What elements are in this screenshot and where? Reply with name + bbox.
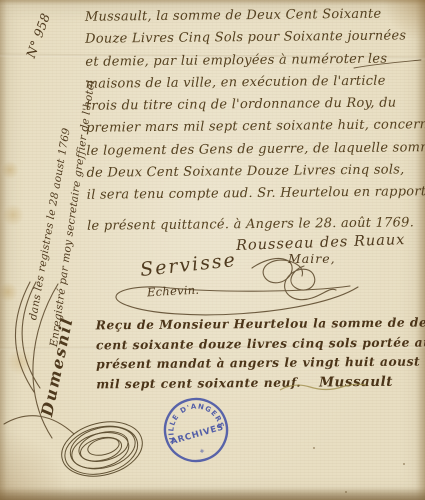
archive-number: N° 958	[21, 5, 56, 67]
manuscript-page: N° 958 Enregistré par moy secretaire gre…	[0, 0, 425, 500]
receipt-note: Reçu de Monsieur Heurtelou la somme de d…	[96, 313, 419, 395]
receipt-line-text: mil sept cent soixante neuf.	[96, 374, 301, 391]
paper-speck	[345, 491, 347, 493]
archives-stamp-icon: VILLE D'ANGERS ARCHIVES ✳	[161, 395, 231, 465]
receipt-line: mil sept cent soixante neuf.Mussault	[96, 371, 418, 394]
stamp-bottom-mark: ✳	[199, 448, 206, 456]
echevin-signature: Servisse	[139, 249, 238, 281]
mayor-title: Maire,	[288, 251, 336, 266]
mayor-paraph	[285, 266, 336, 300]
pen-scribble	[56, 414, 148, 484]
manuscript-line: Douze Livres Cinq Sols pour Soixante jou…	[85, 26, 421, 52]
paper-speck	[403, 463, 405, 465]
echevin-title: Echevin.	[147, 283, 200, 300]
paper-speck	[378, 122, 380, 124]
manuscript-line: il sera tenu compte aud. Sr. Heurtelou e…	[87, 182, 423, 208]
receipt-signature: Mussault	[301, 372, 393, 392]
stamp-middle-text: ARCHIVES	[170, 422, 226, 447]
letter-body: Mussault, la somme de Deux Cent Soixante…	[85, 3, 423, 237]
receipt-line: Reçu de Monsieur Heurtelou la somme de d…	[96, 313, 418, 335]
paper-speck	[313, 447, 315, 449]
manuscript-line: premier mars mil sept cent soixante huit…	[86, 115, 422, 141]
receipt-line: présent mandat à angers le vingt huit ao…	[96, 352, 418, 374]
